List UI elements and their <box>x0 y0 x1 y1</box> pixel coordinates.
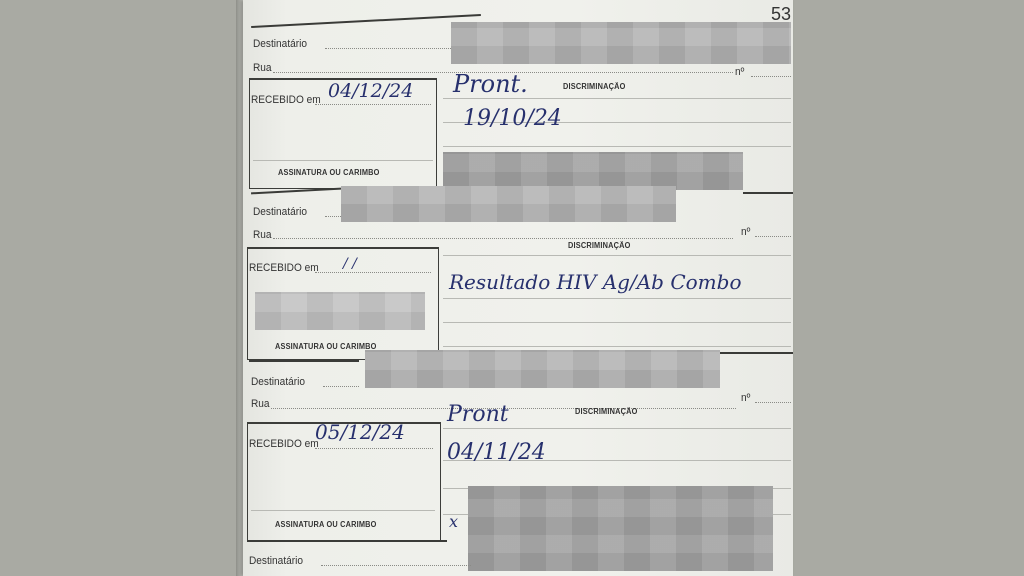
number-label: nº <box>741 226 750 238</box>
received-label: RECEBIDO em <box>249 262 319 274</box>
received-label: RECEBIDO em <box>251 94 321 106</box>
street-label: Rua <box>251 398 270 410</box>
recipient-label: Destinatário <box>253 206 307 218</box>
received-date: 05/12/24 <box>315 420 405 444</box>
recipient-label: Destinatário <box>253 38 307 50</box>
redacted-extra <box>468 486 773 571</box>
redacted-recipient <box>341 186 676 222</box>
redacted-recipient <box>451 22 791 64</box>
description-line-1: Resultado HIV Ag/Ab Combo <box>449 270 741 294</box>
recipient-label: Destinatário <box>251 376 305 388</box>
description-line-2: 19/10/24 <box>463 106 562 131</box>
street-label: Rua <box>253 62 272 74</box>
number-label: nº <box>741 392 750 404</box>
redacted-signature <box>255 292 425 330</box>
received-date: 04/12/24 <box>328 80 413 102</box>
description-line-1: Pront <box>447 402 509 427</box>
receipt-page: 53 Destinatário Rua nº RECEBIDO em 04/12… <box>243 0 793 576</box>
recipient-label: Destinatário <box>249 555 303 567</box>
description-label: DISCRIMINAÇÃO <box>563 82 626 91</box>
signature-label: ASSINATURA OU CARIMBO <box>275 342 377 351</box>
signature-label: ASSINATURA OU CARIMBO <box>275 520 377 529</box>
received-label: RECEBIDO em <box>249 438 319 450</box>
description-line-1: Pront. <box>453 70 528 98</box>
received-date: / / <box>343 256 357 272</box>
redacted-extra <box>443 152 743 190</box>
description-label: DISCRIMINAÇÃO <box>568 241 631 250</box>
description-line-2: 04/11/24 <box>447 440 546 465</box>
redacted-recipient <box>365 350 720 388</box>
street-label: Rua <box>253 229 272 241</box>
extra-mark: x <box>449 512 458 531</box>
description-label: DISCRIMINAÇÃO <box>575 407 638 416</box>
number-label: nº <box>735 66 744 78</box>
signature-label: ASSINATURA OU CARIMBO <box>278 168 380 177</box>
